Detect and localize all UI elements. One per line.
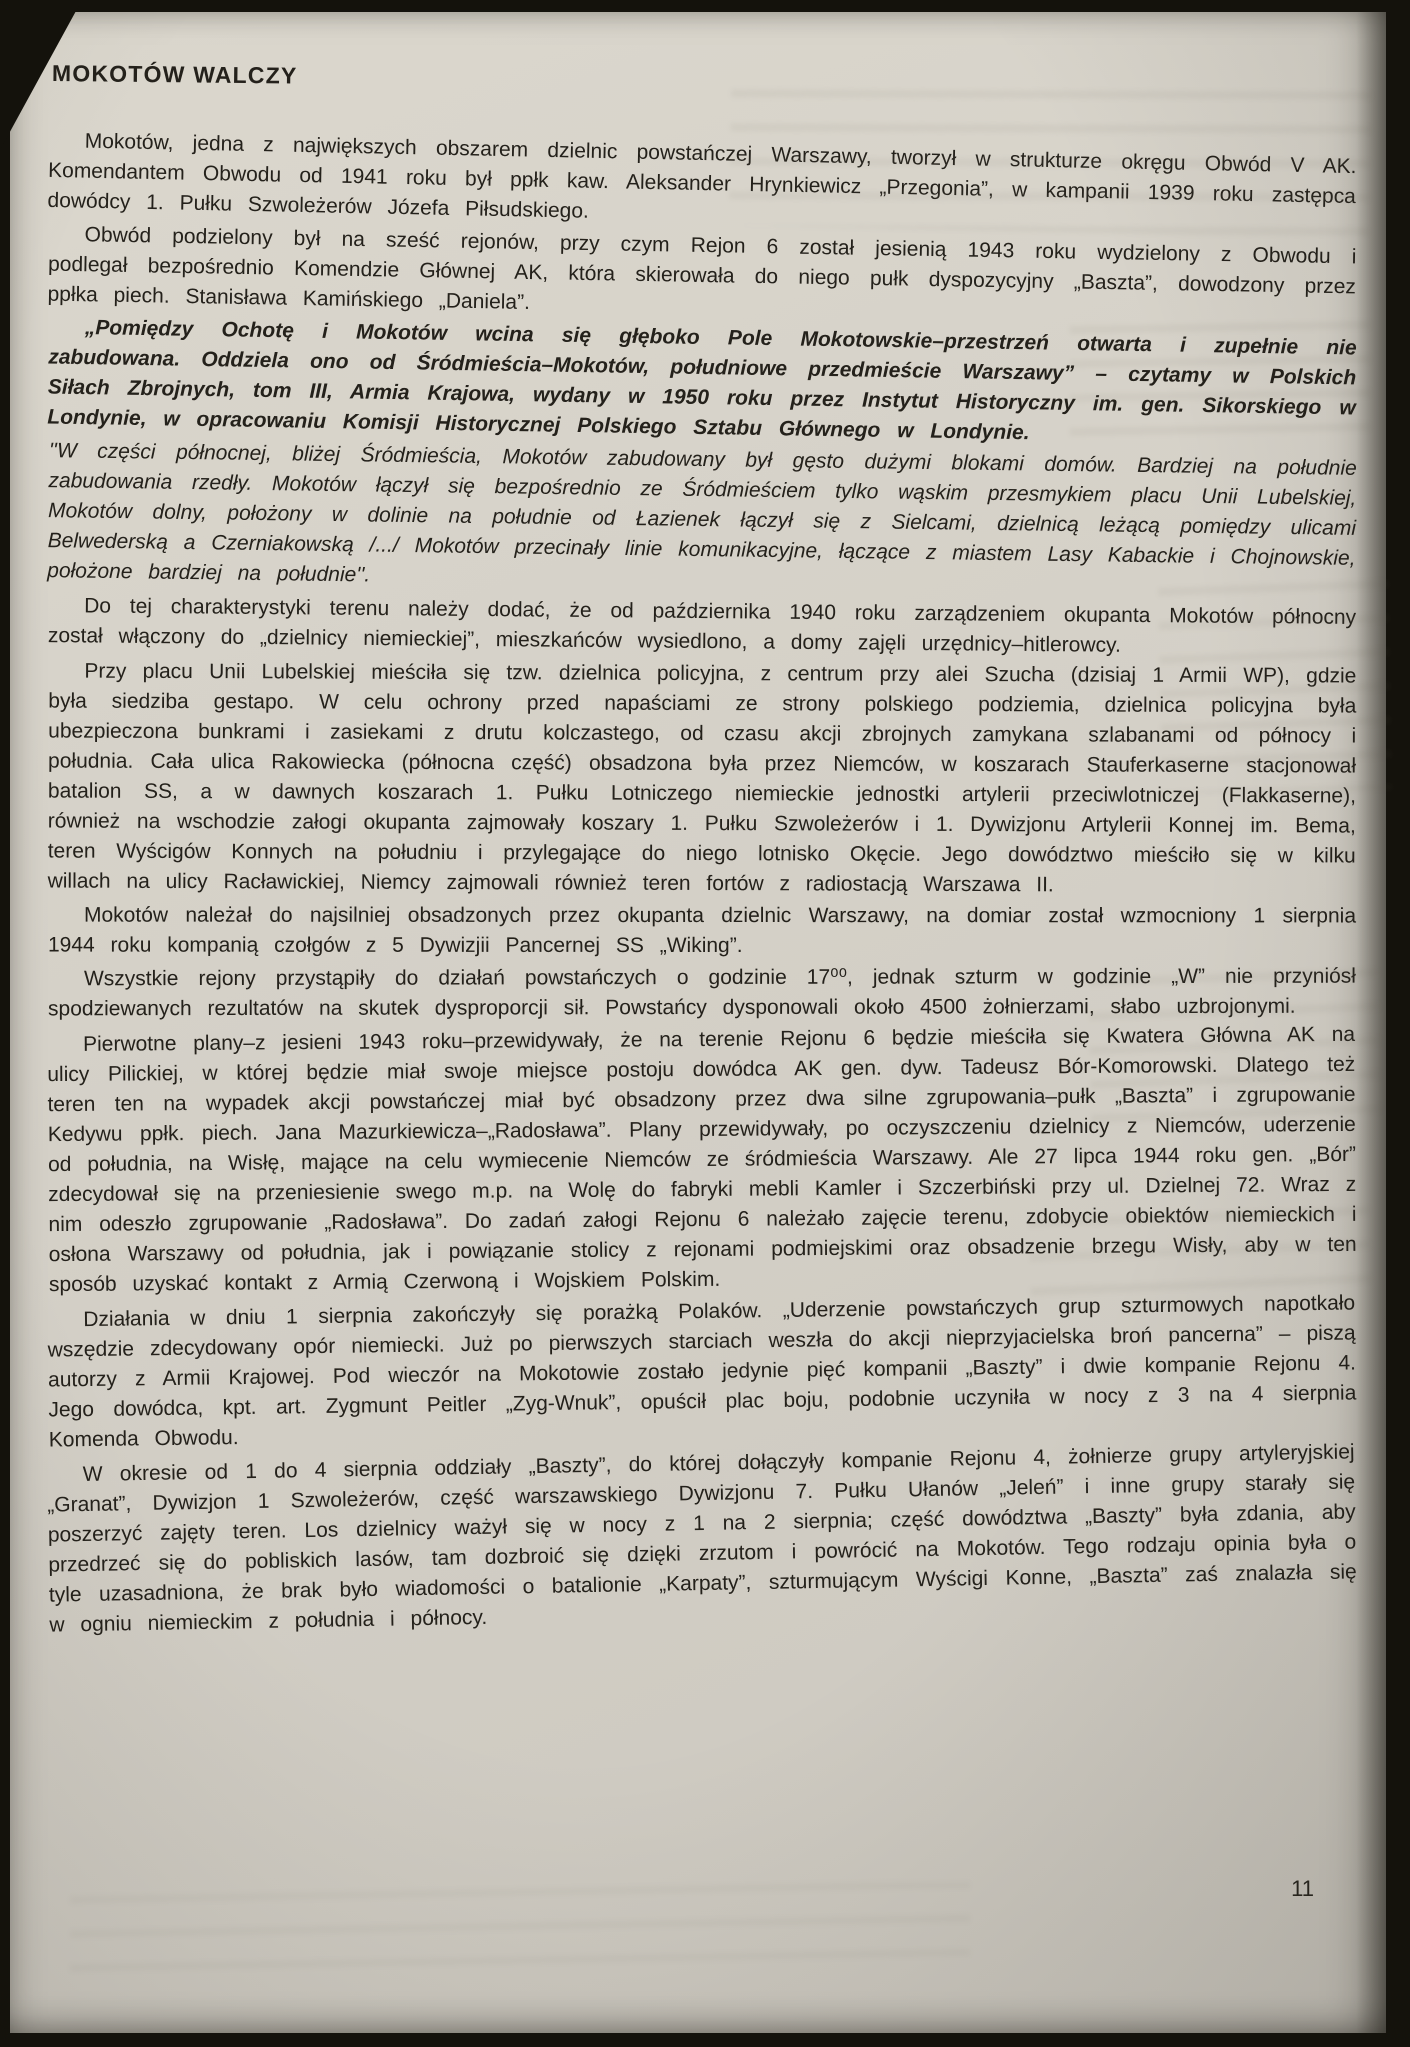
body-paragraph: Do tej charakterystyki terenu należy dod…: [48, 591, 1356, 663]
chapter-heading: MOKOTÓW WALCZY: [52, 60, 1356, 101]
body-paragraph: Przy placu Unii Lubelskiej mieściła się …: [48, 656, 1357, 901]
bleed-through-ghost-text: [70, 1882, 970, 1972]
body-paragraph: W okresie od 1 do 4 sierpnia oddziały „B…: [47, 1437, 1358, 1640]
body-paragraph: Wszystkie rejony przystąpiły do działań …: [48, 962, 1356, 1025]
page-body: MOKOTÓW WALCZY Mokotów, jedna z najwięks…: [48, 60, 1356, 1631]
body-paragraph: Pierwotne plany–z jesieni 1943 roku–prze…: [47, 1020, 1357, 1300]
body-paragraph: Mokotów należał do najsilniej obsadzonyc…: [48, 901, 1356, 962]
page-number: 11: [1291, 1876, 1314, 1902]
book-page: MOKOTÓW WALCZY Mokotów, jedna z najwięks…: [10, 12, 1386, 2033]
quoted-paragraph: „Pomiędzy Ochotę i Mokotów wcina się głę…: [47, 313, 1357, 454]
body-paragraph: Działania w dniu 1 sierpnia zakończyły s…: [47, 1288, 1357, 1455]
scanned-book-page-photo: MOKOTÓW WALCZY Mokotów, jedna z najwięks…: [0, 0, 1410, 2047]
quoted-paragraph: ''W części północnej, bliżej Śródmieścia…: [47, 436, 1357, 604]
